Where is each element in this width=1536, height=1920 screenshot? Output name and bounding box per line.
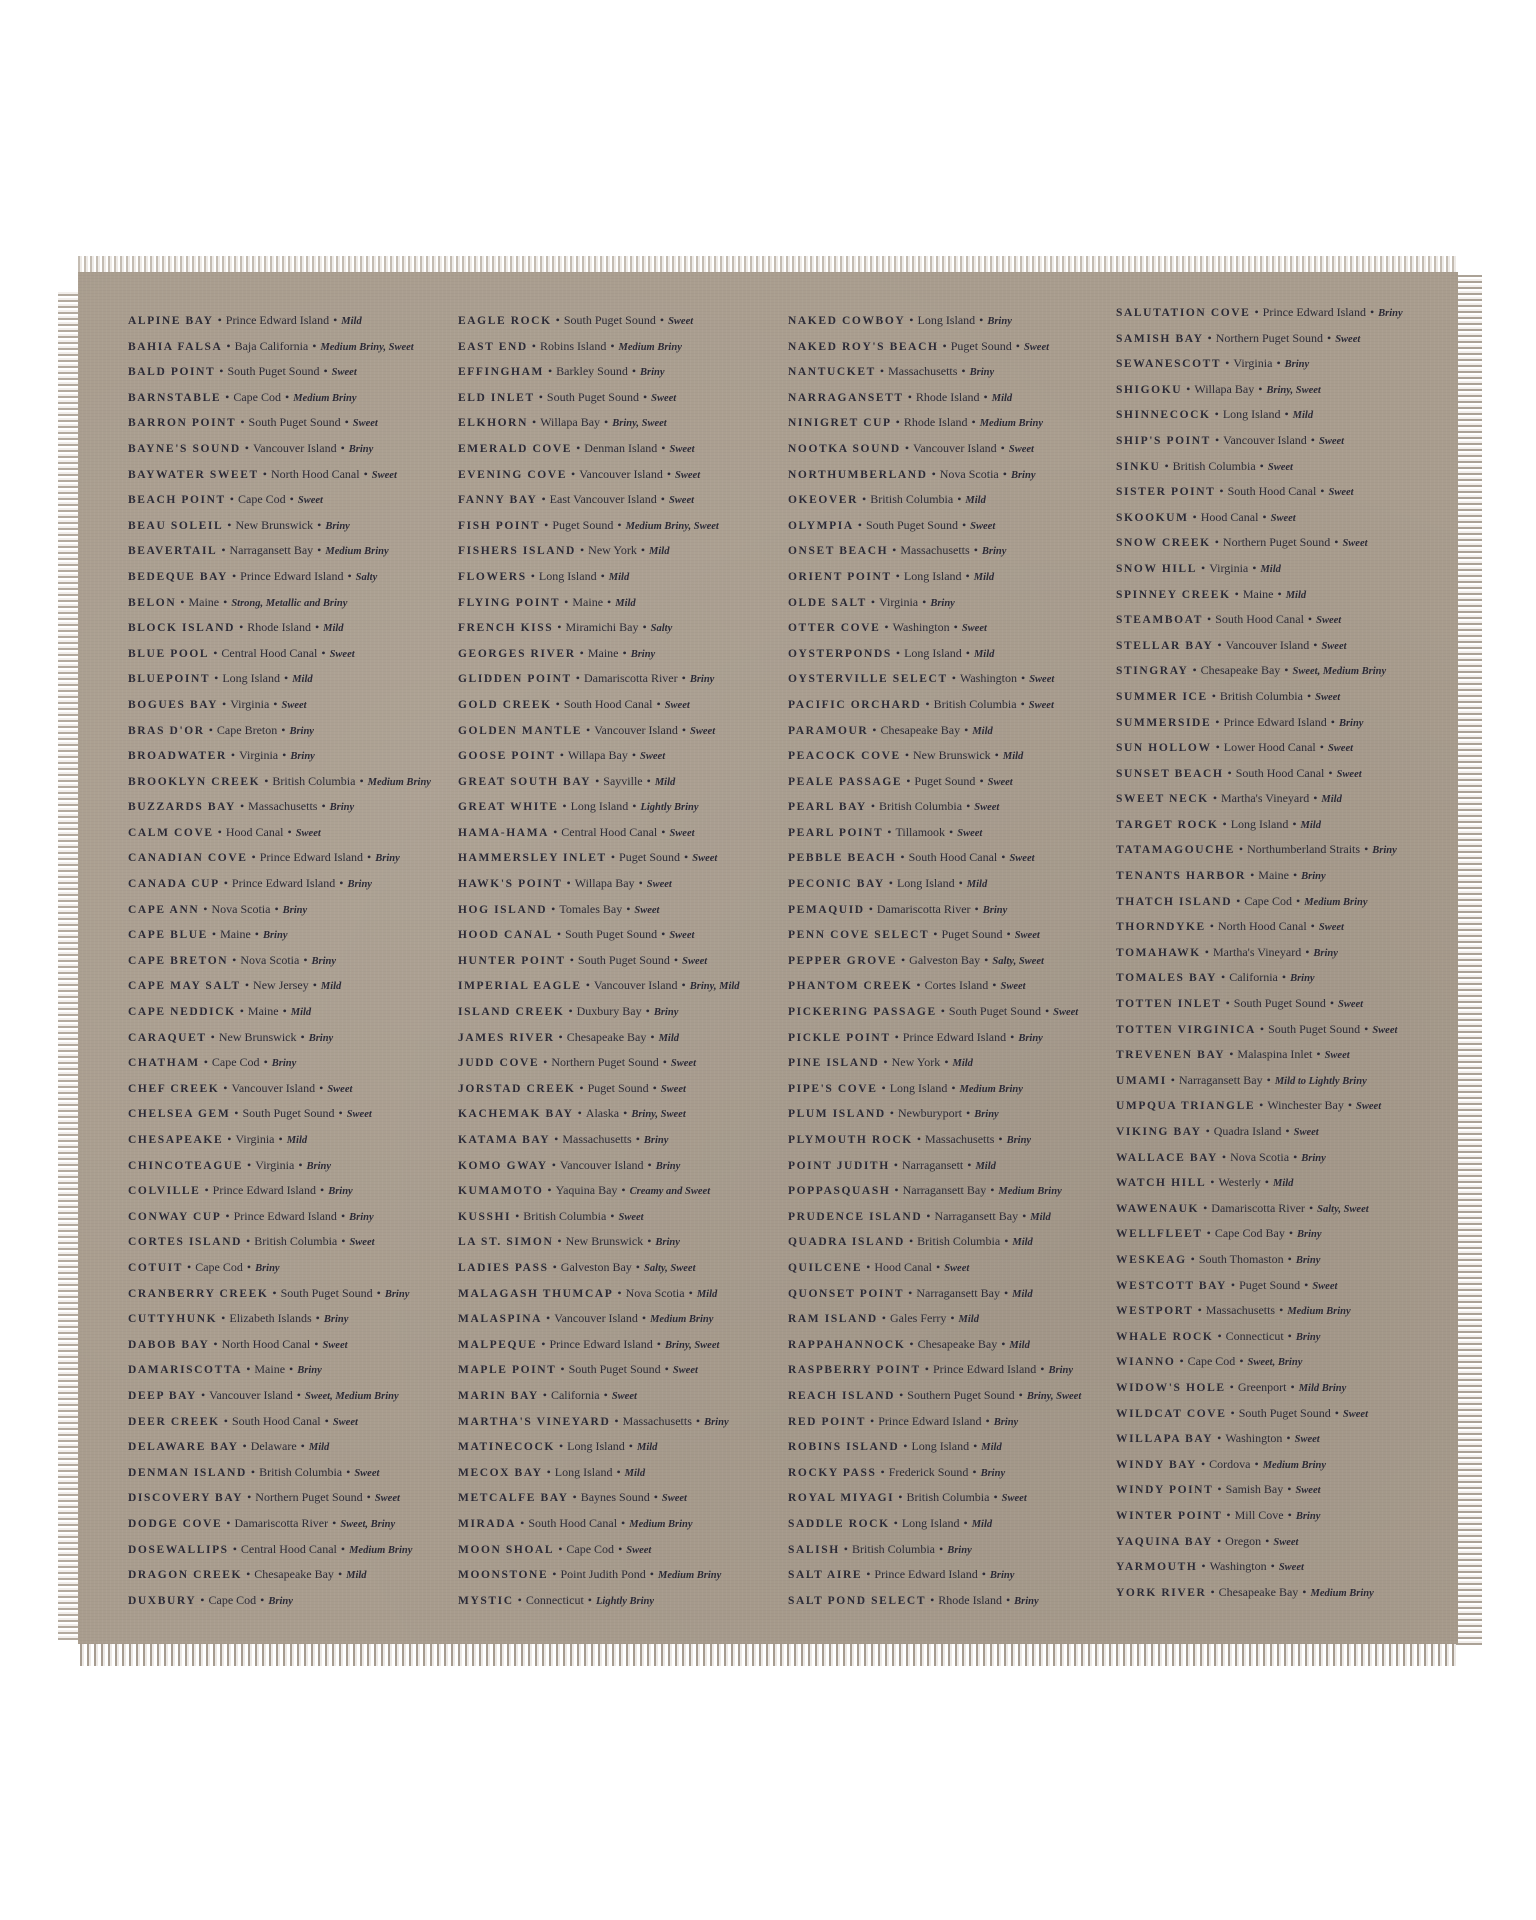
oyster-entry: KUMAMOTO•Yaquina Bay•Creamy and Sweet — [458, 1178, 740, 1204]
oyster-entry: BOGUES BAY•Virginia•Sweet — [128, 692, 431, 718]
oyster-entry: POPPASQUASH•Narragansett Bay•Medium Brin… — [788, 1178, 1081, 1204]
bullet-separator: • — [260, 1593, 264, 1607]
bullet-separator: • — [218, 313, 222, 327]
bullet-separator: • — [890, 1106, 894, 1120]
bullet-separator: • — [240, 799, 244, 813]
oyster-entry: SWEET NECK•Martha's Vineyard•Mild — [1116, 786, 1403, 812]
oyster-entry: IMPERIAL EAGLE•Vancouver Island•Briny, M… — [458, 973, 740, 999]
oyster-name: OYSTERPONDS — [788, 648, 892, 660]
oyster-entry: PEMAQUID•Damariscotta River•Briny — [788, 897, 1081, 923]
bullet-separator: • — [1236, 894, 1240, 908]
oyster-region: Rhode Island — [938, 1593, 1002, 1607]
oyster-name: TOMALES BAY — [1116, 972, 1217, 984]
bullet-separator: • — [1320, 740, 1324, 754]
bullet-separator: • — [553, 825, 557, 839]
oyster-entry: PINE ISLAND•New York•Mild — [788, 1050, 1081, 1076]
bullet-separator: • — [641, 543, 645, 557]
bullet-separator: • — [1296, 894, 1300, 908]
bullet-separator: • — [541, 1337, 545, 1351]
oyster-taste: Mild — [992, 393, 1012, 404]
bullet-separator: • — [972, 415, 976, 429]
bullet-separator: • — [1230, 1380, 1234, 1394]
oyster-region: Prince Edward Island — [1263, 305, 1366, 319]
oyster-name: UMAMI — [1116, 1075, 1167, 1087]
bullet-separator: • — [1206, 1124, 1210, 1138]
bullet-separator: • — [564, 595, 568, 609]
bullet-separator: • — [998, 1132, 1002, 1146]
oyster-name: YARMOUTH — [1116, 1561, 1197, 1573]
oyster-entry: JUDD COVE•Northern Puget Sound•Sweet — [458, 1050, 740, 1076]
oyster-region: Nova Scotia — [240, 953, 299, 967]
bullet-separator: • — [894, 1516, 898, 1530]
oyster-entry: THATCH ISLAND•Cape Cod•Medium Briny — [1116, 889, 1403, 915]
oyster-name: BARNSTABLE — [128, 392, 221, 404]
oyster-name: OYSTERVILLE SELECT — [788, 673, 948, 685]
bullet-separator: • — [882, 1311, 886, 1325]
bullet-separator: • — [984, 390, 988, 404]
oyster-taste: Sweet — [1053, 1007, 1078, 1018]
oyster-taste: Briny, Sweet — [1266, 385, 1320, 396]
oyster-name: GOLDEN MANTLE — [458, 725, 582, 737]
oyster-taste: Mild — [972, 1519, 992, 1530]
oyster-entry: CAPE NEDDICK•Maine•Mild — [128, 999, 431, 1025]
bullet-separator: • — [614, 1414, 618, 1428]
bullet-separator: • — [567, 876, 571, 890]
oyster-entry: DEEP BAY•Vancouver Island•Sweet, Medium … — [128, 1383, 431, 1409]
oyster-entry: GREAT SOUTH BAY•Sayville•Mild — [458, 769, 740, 795]
bullet-separator: • — [862, 492, 866, 506]
oyster-region: Galveston Bay — [909, 953, 980, 967]
oyster-region: British Columbia — [917, 1234, 1000, 1248]
bullet-separator: • — [871, 595, 875, 609]
oyster-region: Cape Cod — [238, 492, 286, 506]
oyster-region: Gales Ferry — [890, 1311, 946, 1325]
oyster-entry: MALAGASH THUMCAP•Nova Scotia•Mild — [458, 1281, 740, 1307]
oyster-region: Narragansett Bay — [1179, 1073, 1263, 1087]
bullet-separator: • — [303, 953, 307, 967]
oyster-taste: Mild — [309, 1442, 329, 1453]
oyster-region: Long Island — [1231, 817, 1289, 831]
bullet-separator: • — [319, 1081, 323, 1095]
bullet-separator: • — [654, 1490, 658, 1504]
bullet-separator: • — [1001, 441, 1005, 455]
oyster-region: Prince Edward Island — [240, 569, 343, 583]
oyster-entry: GREAT WHITE•Long Island•Lightly Briny — [458, 794, 740, 820]
oyster-name: BLUE POOL — [128, 648, 209, 660]
oyster-entry: PACIFIC ORCHARD•British Columbia•Sweet — [788, 692, 1081, 718]
bullet-separator: • — [1364, 842, 1368, 856]
oyster-entry: SUNSET BEACH•South Hood Canal•Sweet — [1116, 761, 1403, 787]
oyster-entry: QUILCENE•Hood Canal•Sweet — [788, 1255, 1081, 1281]
oyster-name: FANNY BAY — [458, 494, 537, 506]
bullet-separator: • — [1217, 638, 1221, 652]
oyster-region: Massachusetts — [1206, 1303, 1275, 1317]
oyster-entry: FRENCH KISS•Miramichi Bay•Salty — [458, 615, 740, 641]
oyster-entry: ELD INLET•South Puget Sound•Sweet — [458, 385, 740, 411]
oyster-name: MARIN BAY — [458, 1390, 539, 1402]
oyster-entry: WHALE ROCK•Connecticut•Briny — [1116, 1324, 1403, 1350]
oyster-name: FLYING POINT — [458, 597, 560, 609]
bullet-separator: • — [1226, 1508, 1230, 1522]
oyster-entry: PEALE PASSAGE•Puget Sound•Sweet — [788, 769, 1081, 795]
bullet-separator: • — [588, 1593, 592, 1607]
bullet-separator: • — [1019, 1388, 1023, 1402]
oyster-name: PRUDENCE ISLAND — [788, 1211, 922, 1223]
oyster-entry: SALUTATION COVE•Prince Edward Island•Bri… — [1116, 300, 1403, 326]
bullet-separator: • — [1313, 791, 1317, 805]
oyster-region: Long Island — [567, 1439, 625, 1453]
oyster-taste: Mild — [323, 623, 343, 634]
bullet-separator: • — [1331, 715, 1335, 729]
oyster-entry: PARAMOUR•Chesapeake Bay•Mild — [788, 718, 1081, 744]
oyster-entry: KOMO GWAY•Vancouver Island•Briny — [458, 1153, 740, 1179]
bullet-separator: • — [1222, 817, 1226, 831]
bullet-separator: • — [908, 1286, 912, 1300]
bullet-separator: • — [333, 313, 337, 327]
oyster-taste: Sweet — [970, 521, 995, 532]
oyster-taste: Creamy and Sweet — [630, 1186, 711, 1197]
bullet-separator: • — [1217, 1431, 1221, 1445]
oyster-region: Maine — [572, 595, 603, 609]
oyster-entry: CALM COVE•Hood Canal•Sweet — [128, 820, 431, 846]
oyster-name: TOMAHAWK — [1116, 947, 1201, 959]
bullet-separator: • — [323, 364, 327, 378]
bullet-separator: • — [880, 364, 884, 378]
oyster-entry: LA ST. SIMON•New Brunswick•Briny — [458, 1229, 740, 1255]
oyster-taste: Mild — [1286, 590, 1306, 601]
oyster-region: Puget Sound — [619, 850, 680, 864]
bullet-separator: • — [618, 1542, 622, 1556]
oyster-region: Nova Scotia — [211, 902, 270, 916]
oyster-name: OTTER COVE — [788, 622, 880, 634]
bullet-separator: • — [1335, 1406, 1339, 1420]
oyster-region: Vancouver Island — [1226, 638, 1310, 652]
oyster-taste: Briny — [1018, 1033, 1043, 1044]
oyster-taste: Sweet — [690, 726, 715, 737]
oyster-region: Puget Sound — [951, 339, 1012, 353]
oyster-entry: PICKERING PASSAGE•South Puget Sound•Swee… — [788, 999, 1081, 1025]
oyster-name: GLIDDEN POINT — [458, 673, 572, 685]
oyster-taste: Sweet — [1335, 334, 1360, 345]
oyster-entry: CAPE MAY SALT•New Jersey•Mild — [128, 973, 431, 999]
oyster-taste: Briny — [290, 751, 315, 762]
bullet-separator: • — [560, 1362, 564, 1376]
oyster-entry: PICKLE POINT•Prince Edward Island•Briny — [788, 1025, 1081, 1051]
oyster-name: QUILCENE — [788, 1262, 862, 1274]
oyster-region: Oregon — [1225, 1534, 1261, 1548]
oyster-name: WATCH HILL — [1116, 1177, 1206, 1189]
bullet-separator: • — [1277, 587, 1281, 601]
oyster-name: SKOOKUM — [1116, 512, 1189, 524]
oyster-taste: Mild — [959, 1314, 979, 1325]
oyster-name: DISCOVERY BAY — [128, 1492, 243, 1504]
oyster-entry: BUZZARDS BAY•Massachusetts•Briny — [128, 794, 431, 820]
oyster-name: CHINCOTEAGUE — [128, 1160, 243, 1172]
oyster-region: South Hood Canal — [909, 850, 998, 864]
bullet-separator: • — [284, 671, 288, 685]
oyster-region: South Hood Canal — [232, 1414, 321, 1428]
oyster-region: Massachusetts — [562, 1132, 631, 1146]
oyster-taste: Mild — [287, 1135, 307, 1146]
oyster-name: CHESAPEAKE — [128, 1134, 223, 1146]
oyster-name: THATCH ISLAND — [1116, 896, 1232, 908]
oyster-entry: HAMA-HAMA•Central Hood Canal•Sweet — [458, 820, 740, 846]
oyster-name: SINKU — [1116, 461, 1160, 473]
bullet-separator: • — [1305, 945, 1309, 959]
bullet-separator: • — [557, 620, 561, 634]
oyster-entry: OTTER COVE•Washington•Sweet — [788, 615, 1081, 641]
oyster-taste: Sweet — [675, 470, 700, 481]
oyster-taste: Sweet — [1316, 615, 1341, 626]
bullet-separator: • — [1239, 842, 1243, 856]
oyster-name: GEORGES RIVER — [458, 648, 576, 660]
oyster-name: WHALE ROCK — [1116, 1331, 1213, 1343]
bullet-separator: • — [200, 1593, 204, 1607]
oyster-taste: Mild — [1260, 564, 1280, 575]
oyster-region: East Vancouver Island — [550, 492, 657, 506]
oyster-entry: EAST END•Robins Island•Medium Briny — [458, 334, 740, 360]
bullet-separator: • — [315, 620, 319, 634]
oyster-name: BROADWATER — [128, 750, 227, 762]
oyster-region: Virginia — [239, 748, 278, 762]
bullet-separator: • — [1311, 433, 1315, 447]
bullet-separator: • — [1284, 407, 1288, 421]
oyster-name: METCALFE BAY — [458, 1492, 568, 1504]
bullet-separator: • — [1205, 945, 1209, 959]
oyster-entry: NINIGRET CUP•Rhode Island•Medium Briny — [788, 410, 1081, 436]
bullet-separator: • — [1255, 1457, 1259, 1471]
bullet-separator: • — [246, 1567, 250, 1581]
oyster-region: California — [551, 1388, 600, 1402]
oyster-taste: Sweet — [1295, 1485, 1320, 1496]
oyster-region: Central Hood Canal — [241, 1542, 337, 1556]
oyster-taste: Sweet — [349, 1237, 374, 1248]
oyster-entry: SPINNEY CREEK•Maine•Mild — [1116, 582, 1403, 608]
oyster-entry: POINT JUDITH•Narragansett•Mild — [788, 1153, 1081, 1179]
oyster-entry: ROYAL MIYAGI•British Columbia•Sweet — [788, 1485, 1081, 1511]
bullet-separator: • — [1304, 1278, 1308, 1292]
bullet-separator: • — [905, 748, 909, 762]
oyster-region: South Puget Sound — [1268, 1022, 1360, 1036]
oyster-region: Narragansett Bay — [934, 1209, 1018, 1223]
oyster-entry: BEAVERTAIL•Narragansett Bay•Medium Briny — [128, 538, 431, 564]
oyster-region: Vancouver Island — [1223, 433, 1307, 447]
bullet-separator: • — [1258, 382, 1262, 396]
bullet-separator: • — [204, 1183, 208, 1197]
oyster-name: MALASPINA — [458, 1313, 542, 1325]
oyster-region: South Thomaston — [1199, 1252, 1284, 1266]
oyster-taste: Briny — [631, 649, 656, 660]
bullet-separator: • — [312, 339, 316, 353]
oyster-name: PHANTOM CREEK — [788, 980, 912, 992]
oyster-taste: Mild — [1003, 751, 1023, 762]
bullet-separator: • — [559, 1030, 563, 1044]
oyster-taste: Sweet — [354, 1468, 379, 1479]
oyster-taste: Briny, Sweet — [631, 1109, 685, 1120]
oyster-taste: Sweet — [668, 316, 693, 327]
bullet-separator: • — [642, 620, 646, 634]
oyster-taste: Sweet — [647, 879, 672, 890]
oyster-region: Virginia — [230, 697, 269, 711]
bullet-separator: • — [1222, 1150, 1226, 1164]
oyster-entry: SNOW CREEK•Northern Puget Sound•Sweet — [1116, 530, 1403, 556]
oyster-name: TOTTEN VIRGINICA — [1116, 1024, 1256, 1036]
oyster-taste: Briny — [654, 1007, 679, 1018]
bullet-separator: • — [225, 1209, 229, 1223]
bullet-separator: • — [1267, 1073, 1271, 1087]
bullet-separator: • — [347, 569, 351, 583]
oyster-taste: Briny — [283, 905, 308, 916]
bullet-separator: • — [232, 953, 236, 967]
bullet-separator: • — [1330, 996, 1334, 1010]
oyster-name: WILLAPA BAY — [1116, 1433, 1213, 1445]
bullet-separator: • — [245, 978, 249, 992]
bullet-separator: • — [364, 467, 368, 481]
oyster-entry: HAMMERSLEY INLET•Puget Sound•Sweet — [458, 845, 740, 871]
oyster-taste: Briny — [1296, 1511, 1321, 1522]
oyster-region: Martha's Vineyard — [1213, 945, 1301, 959]
oyster-name: EFFINGHAM — [458, 366, 544, 378]
oyster-taste: Briny, Mild — [690, 981, 740, 992]
bullet-separator: • — [894, 1158, 898, 1172]
oyster-entry: WIDOW'S HOLE•Greenport•Mild Briny — [1116, 1375, 1403, 1401]
oyster-entry: DAMARISCOTTA•Maine•Briny — [128, 1357, 431, 1383]
oyster-taste: Briny — [385, 1289, 410, 1300]
oyster-entry: TOMALES BAY•California•Briny — [1116, 965, 1403, 991]
oyster-name: MOON SHOAL — [458, 1544, 554, 1556]
bullet-separator: • — [1006, 1593, 1010, 1607]
bullet-separator: • — [884, 620, 888, 634]
bullet-separator: • — [247, 1260, 251, 1274]
bullet-separator: • — [571, 467, 575, 481]
oyster-name: DODGE COVE — [128, 1518, 222, 1530]
oyster-name: ROCKY PASS — [788, 1467, 877, 1479]
oyster-taste: Mild — [981, 1442, 1001, 1453]
oyster-taste: Sweet — [327, 1084, 352, 1095]
oyster-name: PEARL BAY — [788, 801, 867, 813]
oyster-region: Willapa Bay — [1194, 382, 1254, 396]
oyster-region: Vancouver Island — [232, 1081, 316, 1095]
oyster-entry: CANADA CUP•Prince Edward Island•Briny — [128, 871, 431, 897]
oyster-taste: Salty — [651, 623, 673, 634]
oyster-name: SHIP'S POINT — [1116, 435, 1211, 447]
oyster-taste: Salty, Sweet — [992, 956, 1044, 967]
bullet-separator: • — [1216, 740, 1220, 754]
oyster-name: GREAT SOUTH BAY — [458, 776, 591, 788]
oyster-entry: REACH ISLAND•Southern Puget Sound•Briny,… — [788, 1383, 1081, 1409]
oyster-name: HAMA-HAMA — [458, 827, 549, 839]
bullet-separator: • — [682, 978, 686, 992]
bullet-separator: • — [264, 1055, 268, 1069]
bullet-separator: • — [1364, 1022, 1368, 1036]
oyster-entry: WALLACE BAY•Nova Scotia•Briny — [1116, 1145, 1403, 1171]
bullet-separator: • — [933, 927, 937, 941]
oyster-region: Northumberland Straits — [1247, 842, 1360, 856]
bullet-separator: • — [930, 1593, 934, 1607]
bullet-separator: • — [604, 415, 608, 429]
bullet-separator: • — [532, 415, 536, 429]
oyster-entry: SHIP'S POINT•Vancouver Island•Sweet — [1116, 428, 1403, 454]
oyster-entry: STINGRAY•Chesapeake Bay•Sweet, Medium Br… — [1116, 658, 1403, 684]
bullet-separator: • — [224, 1414, 228, 1428]
bullet-separator: • — [979, 313, 983, 327]
oyster-name: FISH POINT — [458, 520, 540, 532]
oyster-taste: Sweet — [669, 930, 694, 941]
bullet-separator: • — [1276, 356, 1280, 370]
oyster-name: SEWANESCOTT — [1116, 358, 1221, 370]
oyster-name: PENN COVE SELECT — [788, 929, 929, 941]
oyster-taste: Briny — [1296, 1255, 1321, 1266]
oyster-name: HAWK'S POINT — [458, 878, 563, 890]
oyster-taste: Briny — [289, 726, 314, 737]
bullet-separator: • — [1286, 1431, 1290, 1445]
bullet-separator: • — [377, 1286, 381, 1300]
oyster-name: SHINNECOCK — [1116, 409, 1211, 421]
bullet-separator: • — [1293, 868, 1297, 882]
bullet-separator: • — [642, 1311, 646, 1325]
oyster-name: GREAT WHITE — [458, 801, 558, 813]
bullet-separator: • — [531, 569, 535, 583]
bullet-separator: • — [916, 978, 920, 992]
oyster-name: DENMAN ISLAND — [128, 1467, 247, 1479]
oyster-taste: Sweet — [1319, 436, 1344, 447]
bullet-separator: • — [650, 1567, 654, 1581]
bullet-separator: • — [1309, 1201, 1313, 1215]
oyster-taste: Sweet, Medium Briny — [305, 1391, 399, 1402]
oyster-name: CAPE BLUE — [128, 929, 208, 941]
bullet-separator: • — [247, 1490, 251, 1504]
bullet-separator: • — [964, 723, 968, 737]
oyster-taste: Sweet — [673, 1365, 698, 1376]
bullet-separator: • — [995, 748, 999, 762]
bullet-separator: • — [313, 978, 317, 992]
oyster-taste: Sweet — [665, 700, 690, 711]
oyster-region: Nova Scotia — [626, 1286, 685, 1300]
bullet-separator: • — [657, 697, 661, 711]
oyster-entry: PIPE'S COVE•Long Island•Medium Briny — [788, 1076, 1081, 1102]
oyster-taste: Briny — [330, 802, 355, 813]
oyster-name: RED POINT — [788, 1416, 866, 1428]
bullet-separator: • — [568, 1004, 572, 1018]
oyster-region: South Hood Canal — [1215, 612, 1304, 626]
oyster-region: British Columbia — [523, 1209, 606, 1223]
oyster-taste: Sweet — [957, 828, 982, 839]
oyster-taste: Sweet — [1002, 1493, 1027, 1504]
bullet-separator: • — [626, 902, 630, 916]
oyster-entry: HAWK'S POINT•Willapa Bay•Sweet — [458, 871, 740, 897]
oyster-region: Rhode Island — [247, 620, 311, 634]
oyster-taste: Briny — [987, 316, 1012, 327]
bullet-separator: • — [1201, 1559, 1205, 1573]
oyster-region: Massachusetts — [623, 1414, 692, 1428]
oyster-region: South Puget Sound — [1239, 1406, 1331, 1420]
oyster-taste: Sweet — [1343, 1409, 1368, 1420]
oyster-name: ELD INLET — [458, 392, 535, 404]
oyster-region: Connecticut — [1226, 1329, 1284, 1343]
bullet-separator: • — [951, 1081, 955, 1095]
oyster-entry: GLIDDEN POINT•Damariscotta River•Briny — [458, 666, 740, 692]
oyster-entry: CHATHAM•Cape Cod•Briny — [128, 1050, 431, 1076]
oyster-taste: Sweet — [333, 1417, 358, 1428]
oyster-taste: Sweet, Medium Briny — [1293, 666, 1387, 677]
oyster-name: SNOW HILL — [1116, 563, 1197, 575]
bullet-separator: • — [647, 1234, 651, 1248]
bullet-separator: • — [557, 927, 561, 941]
bullet-separator: • — [623, 1106, 627, 1120]
oyster-entry: BEAU SOLEIL•New Brunswick•Briny — [128, 513, 431, 539]
oyster-entry: SKOOKUM•Hood Canal•Sweet — [1116, 505, 1403, 531]
oyster-region: South Puget Sound — [242, 1106, 334, 1120]
